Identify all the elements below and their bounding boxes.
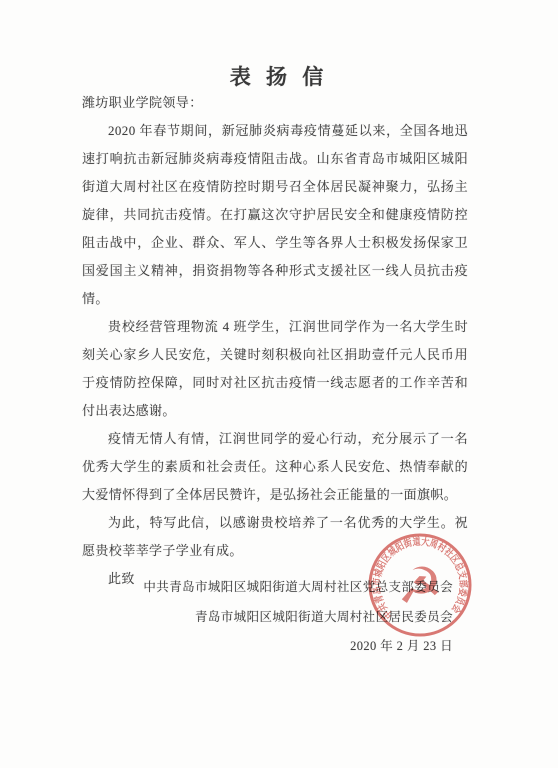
commendation-letter-page: 表 扬 信 潍坊职业学院领导： 2020 年春节期间，新冠肺炎病毒疫情蔓延以来，… <box>0 0 558 768</box>
seal-graphic: ☭ 中共青岛市城阳区城阳街道大周村社区总支部委员会 <box>365 530 475 640</box>
letter-title: 表 扬 信 <box>0 61 558 91</box>
letter-body: 潍坊职业学院领导： 2020 年春节期间，新冠肺炎病毒疫情蔓延以来，全国各地迅速… <box>82 89 468 593</box>
salutation: 潍坊职业学院领导： <box>82 89 468 117</box>
official-seal: ☭ 中共青岛市城阳区城阳街道大周村社区总支部委员会 <box>365 530 475 640</box>
paragraph-outbreak-overview: 2020 年春节期间，新冠肺炎病毒疫情蔓延以来，全国各地迅速打响抗击新冠肺炎病毒… <box>82 117 468 313</box>
paragraph-praise: 疫情无情人有情，江润世同学的爱心行动，充分展示了一名优秀大学生的素质和社会责任。… <box>82 425 468 509</box>
hammer-sickle-icon: ☭ <box>398 557 443 615</box>
paragraph-student-donation: 贵校经营管理物流 4 班学生，江润世同学作为一名大学生时刻关心家乡人民安危，关键… <box>82 313 468 425</box>
